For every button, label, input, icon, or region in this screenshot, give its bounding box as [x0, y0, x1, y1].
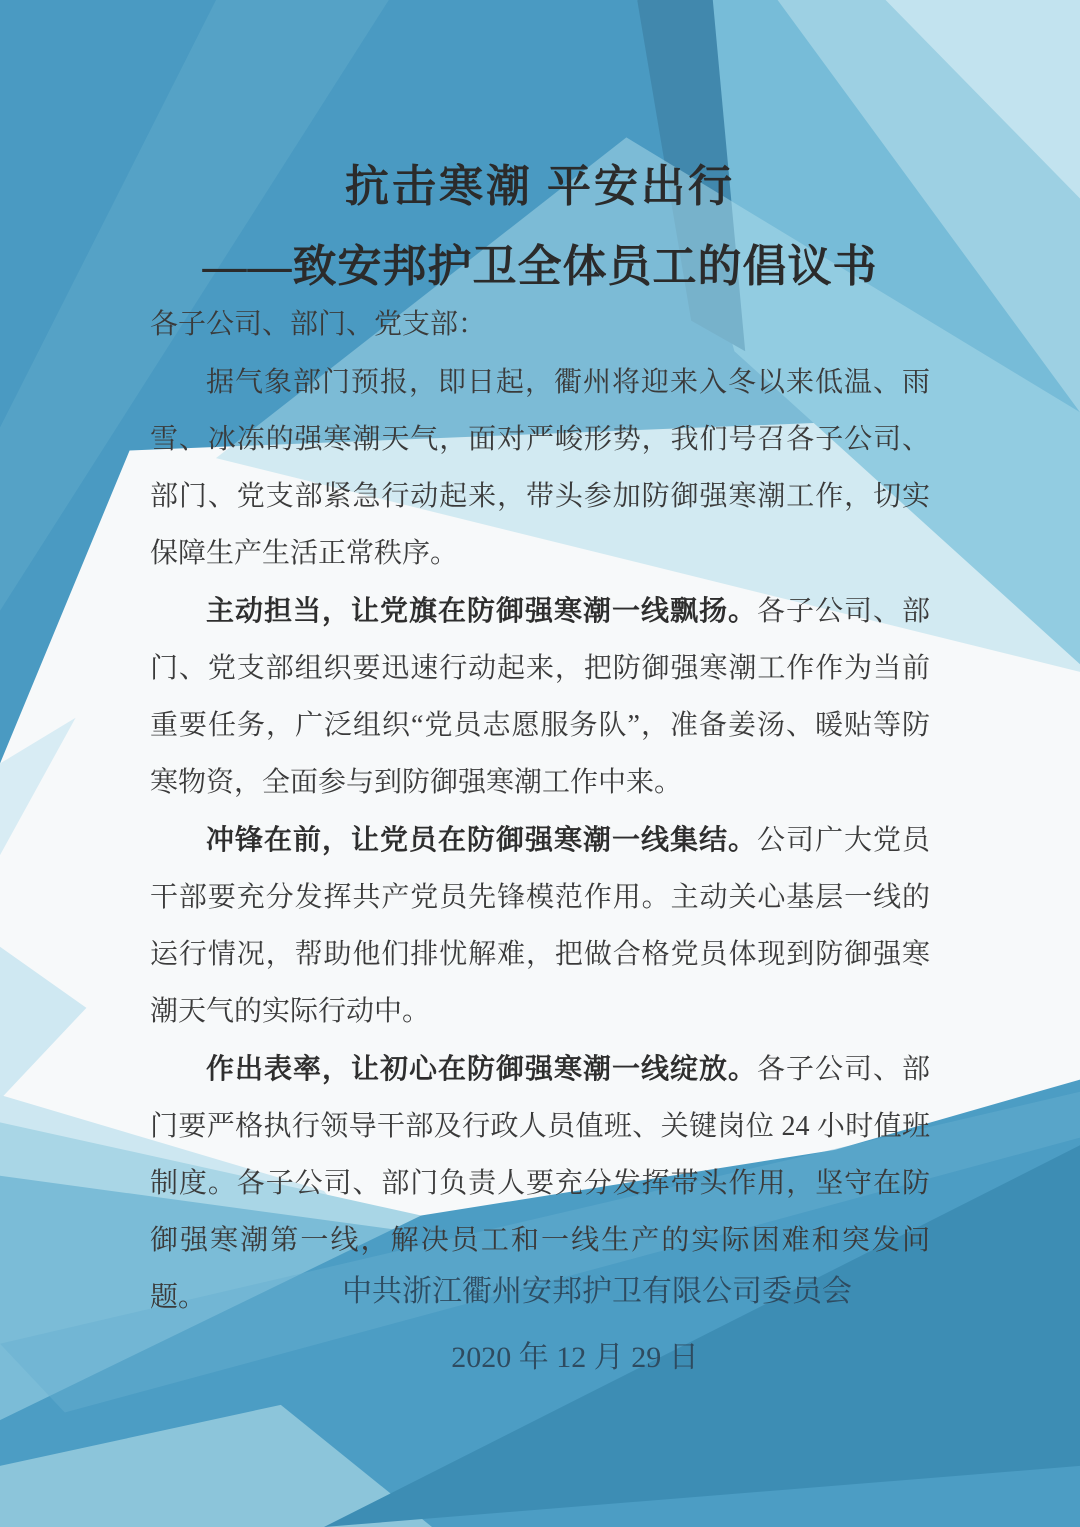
paragraph-2-lead: 主动担当，让党旗在防御强寒潮一线飘扬。: [206, 595, 757, 626]
document-subtitle: ——致安邦护卫全体员工的倡议书: [0, 230, 1080, 294]
paragraph-3-text: 公司广大党员干部要充分发挥共产党员先锋模范作用。主动关心基层一线的运行情况，帮助…: [150, 825, 930, 1027]
paragraph-3-lead: 冲锋在前，让党员在防御强寒潮一线集结。: [206, 824, 757, 855]
paragraph-3: 冲锋在前，让党员在防御强寒潮一线集结。公司广大党员干部要充分发挥共产党员先锋模范…: [150, 811, 930, 1040]
document-title: 抗击寒潮 平安出行: [0, 150, 1080, 214]
paragraph-4-lead: 作出表率，让初心在防御强寒潮一线绽放。: [206, 1053, 757, 1084]
paragraph-1-text: 据气象部门预报，即日起，衢州将迎来入冬以来低温、雨雪、冰冻的强寒潮天气，面对严峻…: [150, 367, 930, 569]
document-body: 各子公司、部门、党支部： 据气象部门预报，即日起，衢州将迎来入冬以来低温、雨雪、…: [150, 296, 930, 1326]
paragraph-1: 据气象部门预报，即日起，衢州将迎来入冬以来低温、雨雪、冰冻的强寒潮天气，面对严峻…: [150, 353, 930, 582]
signature-line: 中共浙江衢州安邦护卫有限公司委员会: [0, 1266, 1080, 1310]
document-page: 抗击寒潮 平安出行 ——致安邦护卫全体员工的倡议书 各子公司、部门、党支部： 据…: [0, 0, 1080, 1527]
date-line: 2020 年 12 月 29 日: [0, 1332, 1080, 1376]
paragraph-2: 主动担当，让党旗在防御强寒潮一线飘扬。各子公司、部门、党支部组织要迅速行动起来，…: [150, 582, 930, 811]
document-content: 抗击寒潮 平安出行 ——致安邦护卫全体员工的倡议书 各子公司、部门、党支部： 据…: [0, 0, 1080, 1527]
salutation-line: 各子公司、部门、党支部：: [150, 296, 930, 353]
paragraph-2-text: 各子公司、部门、党支部组织要迅速行动起来，把防御强寒潮工作作为当前重要任务，广泛…: [150, 596, 930, 798]
